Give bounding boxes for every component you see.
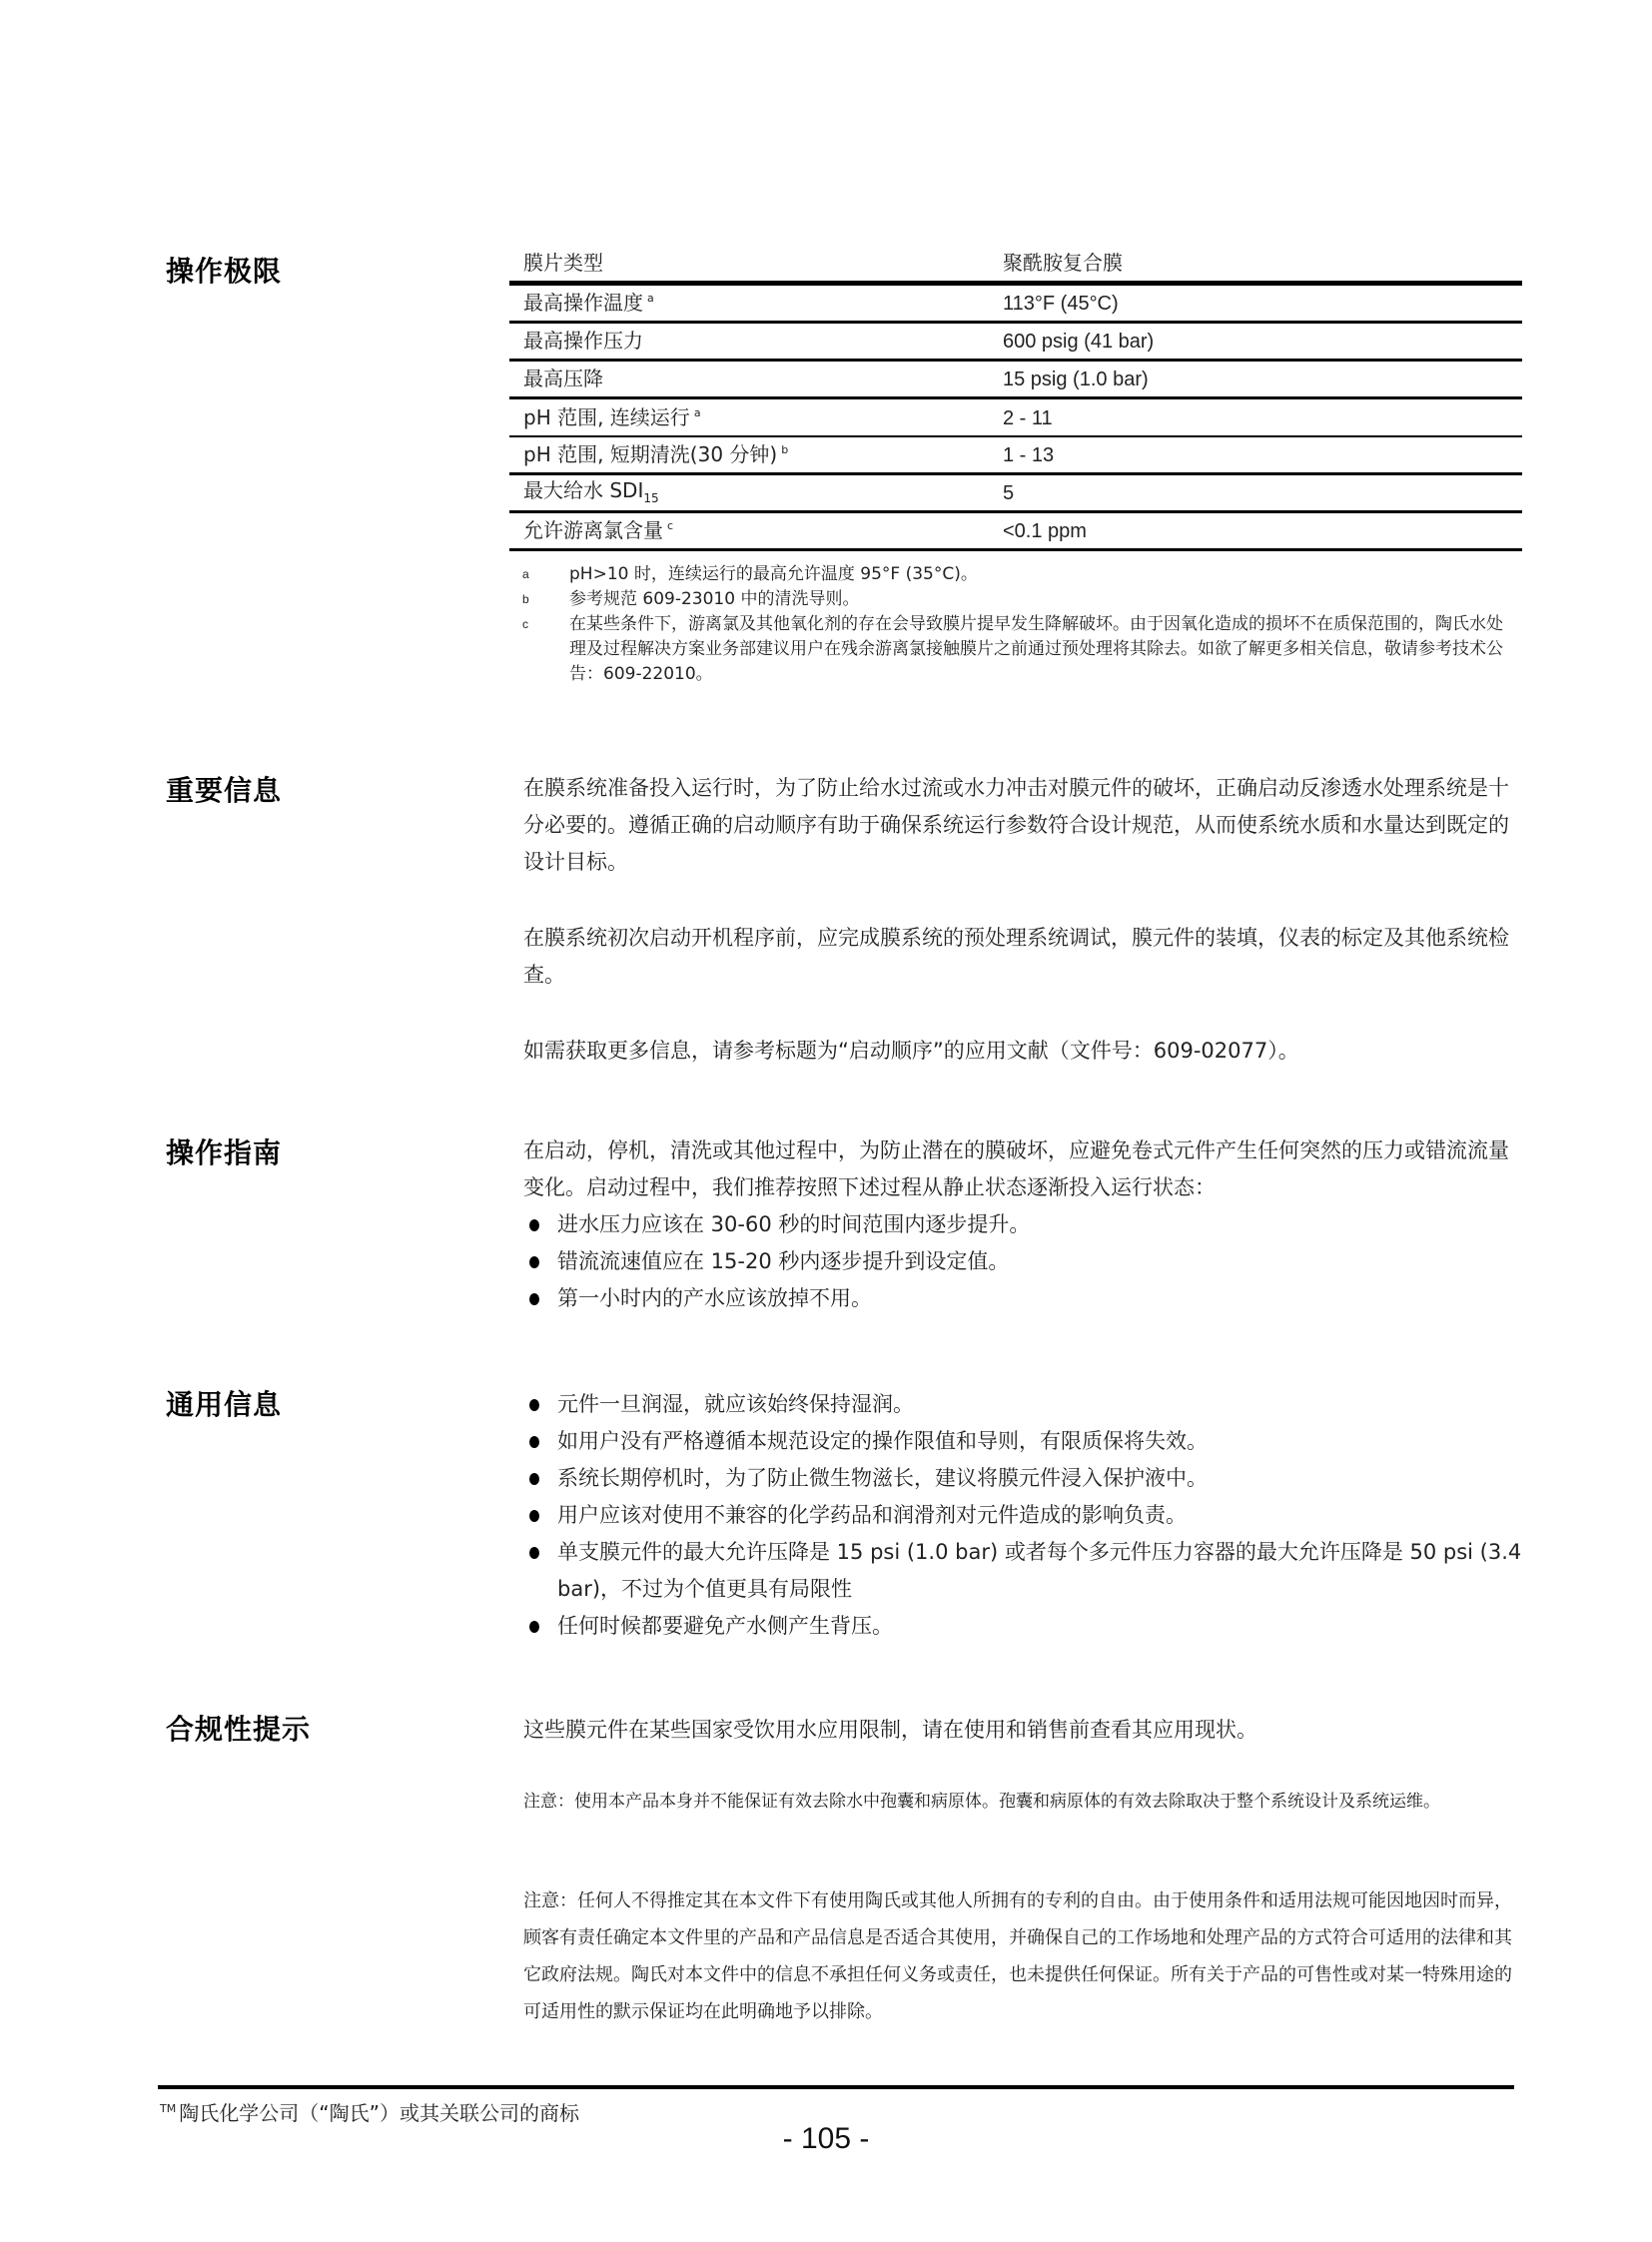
page-number: - 105 - [0, 2122, 1652, 2156]
spec-label: pH 范围, 短期清洗(30 分钟)b [509, 438, 1003, 467]
table-row: pH 范围, 连续运行a 2 - 11 [509, 399, 1522, 437]
spec-value: <0.1 ppm [1003, 520, 1522, 543]
paragraph: 在膜系统初次启动开机程序前，应完成膜系统的预处理系统调试，膜元件的装填，仪表的标… [523, 920, 1522, 994]
paragraph: 这些膜元件在某些国家受饮用水应用限制，请在使用和销售前查看其应用现状。 [523, 1712, 1522, 1749]
table-row: 最大给水 SDI15 5 [509, 475, 1522, 513]
list-item: 系统长期停机时，为了防止微生物滋长，建议将膜元件浸入保护液中。 [523, 1460, 1522, 1497]
list-item: 任何时候都要避免产水侧产生背压。 [523, 1608, 1522, 1645]
footnote-text: 参考规范 609-23010 中的清洗导则。 [569, 587, 1517, 612]
bullet-list: 进水压力应该在 30-60 秒的时间范围内逐步提升。 错流流速值应在 15-20… [523, 1206, 1522, 1317]
spec-label: 最高压降 [509, 363, 1003, 391]
trademark-symbol: TM [160, 2102, 176, 2115]
spec-value: 15 psig (1.0 bar) [1003, 369, 1522, 391]
spec-table: 膜片类型 聚酰胺复合膜 最高操作温度a 113°F (45°C) 最高操作压力 … [509, 247, 1522, 551]
section-heading-general-info: 通用信息 [166, 1383, 282, 1423]
footnote: b 参考规范 609-23010 中的清洗导则。 [518, 587, 1517, 612]
compliance-note-pathogens: 注意：使用本产品本身并不能保证有效去除水中孢囊和病原体。孢囊和病原体的有效去除取… [523, 1790, 1522, 1815]
compliance-statement: 这些膜元件在某些国家受饮用水应用限制，请在使用和销售前查看其应用现状。 [523, 1712, 1522, 1749]
footnote: c 在某些条件下，游离氯及其他氧化剂的存在会导致膜片提早发生降解破坏。由于因氧化… [518, 612, 1517, 687]
footnote-ref: b [781, 443, 788, 456]
section-heading-operating-limits: 操作极限 [166, 250, 282, 290]
footnote: a pH>10 时，连续运行的最高允许温度 95°F (35°C)。 [518, 562, 1517, 587]
spec-label: 最大给水 SDI15 [509, 474, 1003, 505]
spec-label: 最高操作压力 [509, 325, 1003, 354]
spec-header-label: 膜片类型 [509, 247, 1003, 276]
footnote-ref: a [694, 406, 701, 419]
spec-value: 600 psig (41 bar) [1003, 331, 1522, 354]
table-row: 允许游离氯含量c <0.1 ppm [509, 513, 1522, 551]
section-heading-compliance: 合规性提示 [166, 1708, 311, 1748]
spec-header-value: 聚酰胺复合膜 [1003, 247, 1522, 276]
paragraph: 如需获取更多信息，请参考标题为“启动顺序”的应用文献（文件号：609-02077… [523, 1033, 1522, 1070]
footnote-ref: a [647, 292, 654, 305]
table-row: 最高操作压力 600 psig (41 bar) [509, 324, 1522, 362]
general-info-body: 元件一旦润湿，就应该始终保持湿润。 如用户没有严格遵循本规范设定的操作限值和导则… [523, 1386, 1522, 1645]
list-item: 第一小时内的产水应该放掉不用。 [523, 1280, 1522, 1317]
table-row: 最高压降 15 psig (1.0 bar) [509, 362, 1522, 399]
important-info-body: 在膜系统准备投入运行时，为了防止给水过流或水力冲击对膜元件的破坏，正确启动反渗透… [523, 770, 1522, 1070]
section-heading-operating-guide: 操作指南 [166, 1131, 282, 1171]
list-item: 单支膜元件的最大允许压降是 15 psi (1.0 bar) 或者每个多元件压力… [523, 1534, 1522, 1608]
table-row: pH 范围, 短期清洗(30 分钟)b 1 - 13 [509, 437, 1522, 475]
spec-table-header: 膜片类型 聚酰胺复合膜 [509, 247, 1522, 286]
table-row: 最高操作温度a 113°F (45°C) [509, 286, 1522, 324]
paragraph: 在启动，停机，清洗或其他过程中，为防止潜在的膜破坏，应避免卷式元件产生任何突然的… [523, 1132, 1522, 1206]
bullet-list: 元件一旦润湿，就应该始终保持湿润。 如用户没有严格遵循本规范设定的操作限值和导则… [523, 1386, 1522, 1645]
section-heading-important-info: 重要信息 [166, 769, 282, 809]
footnote-text: pH>10 时，连续运行的最高允许温度 95°F (35°C)。 [569, 562, 1517, 587]
spec-label: pH 范围, 连续运行a [509, 401, 1003, 430]
spec-value: 5 [1003, 482, 1522, 505]
list-item: 元件一旦润湿，就应该始终保持湿润。 [523, 1386, 1522, 1423]
spec-value: 1 - 13 [1003, 444, 1522, 467]
spec-value: 2 - 11 [1003, 407, 1522, 430]
footnote-letter: a [518, 562, 569, 587]
list-item: 进水压力应该在 30-60 秒的时间范围内逐步提升。 [523, 1206, 1522, 1243]
footer-divider [158, 2085, 1514, 2089]
list-item: 用户应该对使用不兼容的化学药品和润滑剂对元件造成的影响负责。 [523, 1497, 1522, 1534]
list-item: 如用户没有严格遵循本规范设定的操作限值和导则，有限质保将失效。 [523, 1423, 1522, 1460]
subscript: 15 [643, 491, 658, 505]
footnote-letter: b [518, 587, 569, 612]
compliance-note-legal: 注意：任何人不得推定其在本文件下有使用陶氏或其他人所拥有的专利的自由。由于使用条… [523, 1882, 1522, 2030]
list-item: 错流流速值应在 15-20 秒内逐步提升到设定值。 [523, 1243, 1522, 1280]
paragraph: 在膜系统准备投入运行时，为了防止给水过流或水力冲击对膜元件的破坏，正确启动反渗透… [523, 770, 1522, 881]
spec-label: 最高操作温度a [509, 287, 1003, 316]
spec-label: 允许游离氯含量c [509, 514, 1003, 543]
footnote-text: 在某些条件下，游离氯及其他氧化剂的存在会导致膜片提早发生降解破坏。由于因氧化造成… [569, 612, 1517, 687]
footnote-letter: c [518, 612, 569, 687]
footnote-ref: c [667, 519, 673, 532]
table-footnotes: a pH>10 时，连续运行的最高允许温度 95°F (35°C)。 b 参考规… [518, 562, 1517, 687]
operating-guide-body: 在启动，停机，清洗或其他过程中，为防止潜在的膜破坏，应避免卷式元件产生任何突然的… [523, 1132, 1522, 1317]
spec-value: 113°F (45°C) [1003, 293, 1522, 316]
